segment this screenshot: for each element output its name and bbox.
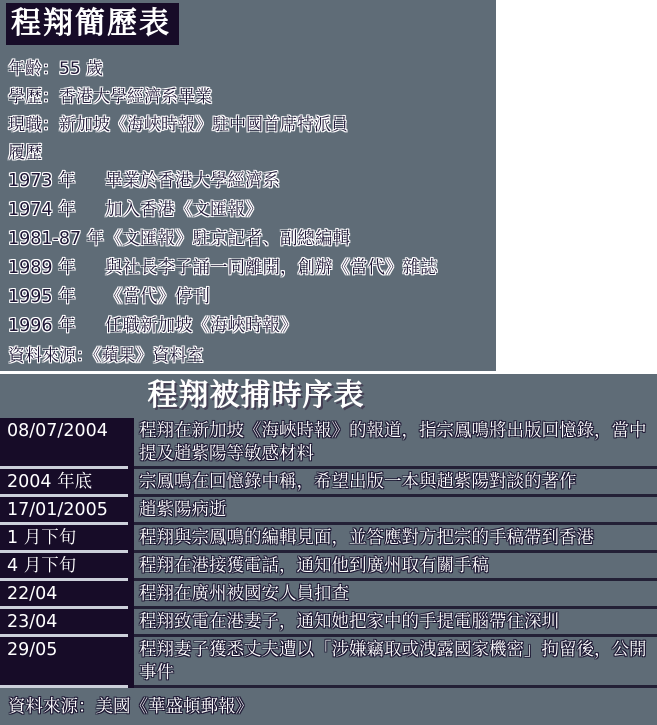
bio-history-desc: 任職新加坡《海峽時報》 xyxy=(105,316,298,336)
bio-history-row: 1996 年任職新加坡《海峽時報》 xyxy=(8,312,490,341)
bio-card: 程翔簡歷表 年齡：55 歲 學歷：香港大學經濟系畢業 現職：新加坡《海峽時報》駐… xyxy=(0,0,496,371)
bio-history-year: 1996 年 xyxy=(8,312,105,341)
bio-history-row: 1974 年加入香港《文匯報》 xyxy=(8,196,490,225)
bio-history-row: 1981-87 年《文匯報》駐京記者、副總編輯 xyxy=(8,225,490,254)
bio-history-year: 1995 年 xyxy=(8,283,105,312)
timeline-date-cell: 17/01/2005 xyxy=(0,497,128,525)
timeline-source: 資料來源：美國《華盛頓郵報》 xyxy=(0,688,657,720)
timeline-desc-cell: 宗鳳鳴在回憶錄中稱，希望出版一本與趙紫陽對談的著作 xyxy=(134,469,657,497)
bio-history-row: 1973 年畢業於香港大學經濟系 xyxy=(8,167,490,196)
timeline-desc-cell: 程翔與宗鳳鳴的編輯見面，並答應對方把宗的手稿帶到香港 xyxy=(134,525,657,553)
bio-title-wrap: 程翔簡歷表 xyxy=(6,3,490,45)
bio-history-desc: 與社長李子誦一同離開，創辦《當代》雜誌 xyxy=(105,258,438,278)
timeline-date-cell: 1 月下旬 xyxy=(0,525,128,553)
timeline-date-cell: 4 月下旬 xyxy=(0,553,128,581)
timeline-desc-cell: 程翔在廣州被國安人員扣查 xyxy=(134,581,657,609)
bio-info-age: 年齡：55 歲 xyxy=(8,55,490,83)
timeline-desc-cell: 程翔在港接獲電話，通知他到廣州取有關手稿 xyxy=(134,553,657,581)
bio-history-year: 1973 年 xyxy=(8,167,105,196)
timeline-desc-cell: 趙紫陽病逝 xyxy=(134,497,657,525)
bio-info-history-heading: 履歷 xyxy=(8,139,490,167)
bio-title: 程翔簡歷表 xyxy=(6,3,179,45)
bio-history-desc: 《當代》停刊 xyxy=(105,287,210,307)
timeline-desc-cell: 程翔在新加坡《海峽時報》的報道，指宗鳳鳴將出版回憶錄，當中提及趙紫陽等敏感材料 xyxy=(134,418,657,469)
timeline-date-cell: 23/04 xyxy=(0,609,128,637)
timeline-date-cell: 2004 年底 xyxy=(0,469,128,497)
bio-history-desc: 《文匯報》駐京記者、副總編輯 xyxy=(105,229,350,249)
bio-history-year: 1974 年 xyxy=(8,196,105,225)
timeline-date-cell: 08/07/2004 xyxy=(0,418,128,469)
bio-source: 資料來源：《蘋果》資料室 xyxy=(8,342,490,370)
timeline-date-cell: 22/04 xyxy=(0,581,128,609)
timeline-date-cell: 29/05 xyxy=(0,637,128,688)
bio-history-year: 1981-87 年 xyxy=(8,225,105,254)
timeline-card: 程翔被捕時序表 08/07/2004 程翔在新加坡《海峽時報》的報道，指宗鳳鳴將… xyxy=(0,374,657,725)
timeline-desc-cell: 程翔致電在港妻子，通知她把家中的手提電腦帶往深圳 xyxy=(134,609,657,637)
bio-history-desc: 畢業於香港大學經濟系 xyxy=(105,171,280,191)
bio-history-row: 1989 年與社長李子誦一同離開，創辦《當代》雜誌 xyxy=(8,254,490,283)
timeline-title: 程翔被捕時序表 xyxy=(0,374,512,418)
bio-history-row: 1995 年《當代》停刊 xyxy=(8,283,490,312)
timeline-desc-cell: 程翔妻子獲悉丈夫遭以「涉嫌竊取或洩露國家機密」拘留後，公開事件 xyxy=(134,637,657,688)
bio-history-year: 1989 年 xyxy=(8,254,105,283)
bio-info-occupation: 現職：新加坡《海峽時報》駐中國首席特派員 xyxy=(8,111,490,139)
bio-history-desc: 加入香港《文匯報》 xyxy=(105,200,263,220)
timeline-table: 08/07/2004 程翔在新加坡《海峽時報》的報道，指宗鳳鳴將出版回憶錄，當中… xyxy=(0,418,657,688)
bio-info-education: 學歷：香港大學經濟系畢業 xyxy=(8,83,490,111)
